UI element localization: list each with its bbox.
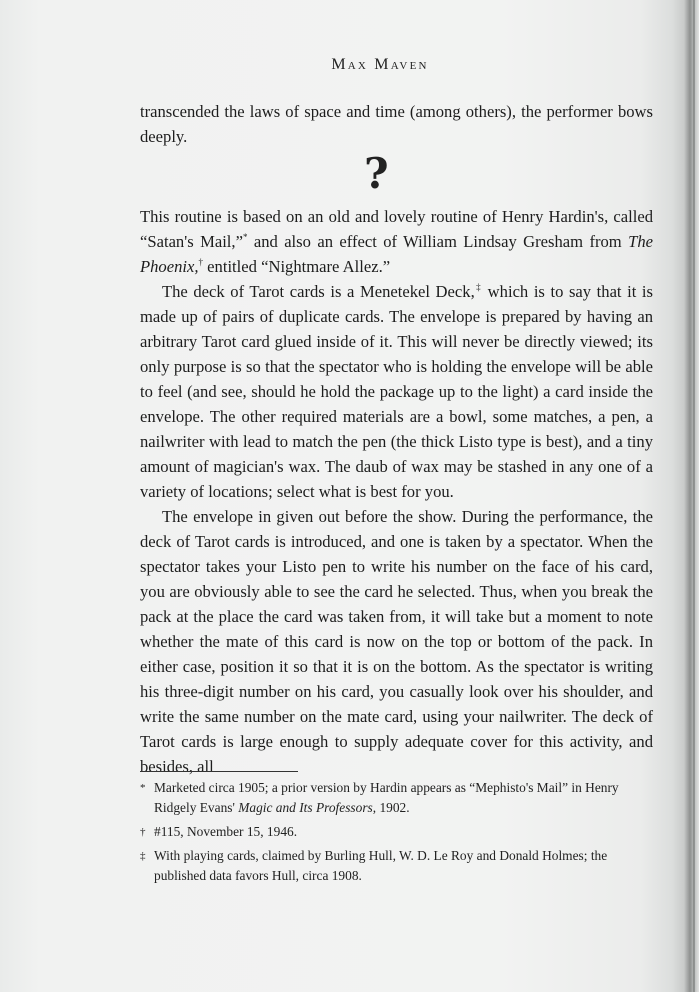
body-text: transcended the laws of space and time (… [140, 99, 653, 779]
footnote-mark: * [140, 778, 146, 798]
footnote-text: With playing cards, claimed by Burling H… [154, 848, 607, 883]
footnote-dagger: †#115, November 15, 1946. [140, 822, 653, 842]
paragraph-text: and also an effect of William Lindsay Gr… [247, 232, 628, 251]
footnotes: *Marketed circa 1905; a prior version by… [140, 778, 653, 890]
paragraph-text: which is to say that it is made up of pa… [140, 282, 653, 501]
paragraph-envelope: The envelope in given out before the sho… [140, 504, 653, 779]
footnote-double-dagger: ‡With playing cards, claimed by Burling … [140, 846, 653, 886]
footnote-divider [140, 771, 298, 772]
footnote-mark: ‡ [140, 846, 146, 866]
question-mark-icon: ? [364, 153, 389, 195]
book-title: Magic and Its Professors [238, 800, 373, 815]
paragraph-deck: The deck of Tarot cards is a Menetekel D… [140, 279, 653, 504]
section-divider: ? [140, 149, 653, 204]
paragraph-intro: This routine is based on an old and love… [140, 204, 653, 279]
footnote-ref-double-dagger[interactable]: ‡ [475, 282, 482, 292]
running-head: Max Maven [0, 56, 699, 74]
paragraph-text: entitled “Nightmare Allez.” [203, 257, 390, 276]
continuation-paragraph: transcended the laws of space and time (… [140, 99, 653, 149]
footnote-text: #115, November 15, 1946. [154, 824, 297, 839]
paragraph-text: The deck of Tarot cards is a Menetekel D… [162, 282, 475, 301]
page-binding-edge [693, 0, 695, 992]
footnote-mark: † [140, 822, 146, 842]
book-page: Max Maven transcended the laws of space … [0, 0, 699, 992]
footnote-text: , 1902. [373, 800, 410, 815]
footnote-asterisk: *Marketed circa 1905; a prior version by… [140, 778, 653, 818]
